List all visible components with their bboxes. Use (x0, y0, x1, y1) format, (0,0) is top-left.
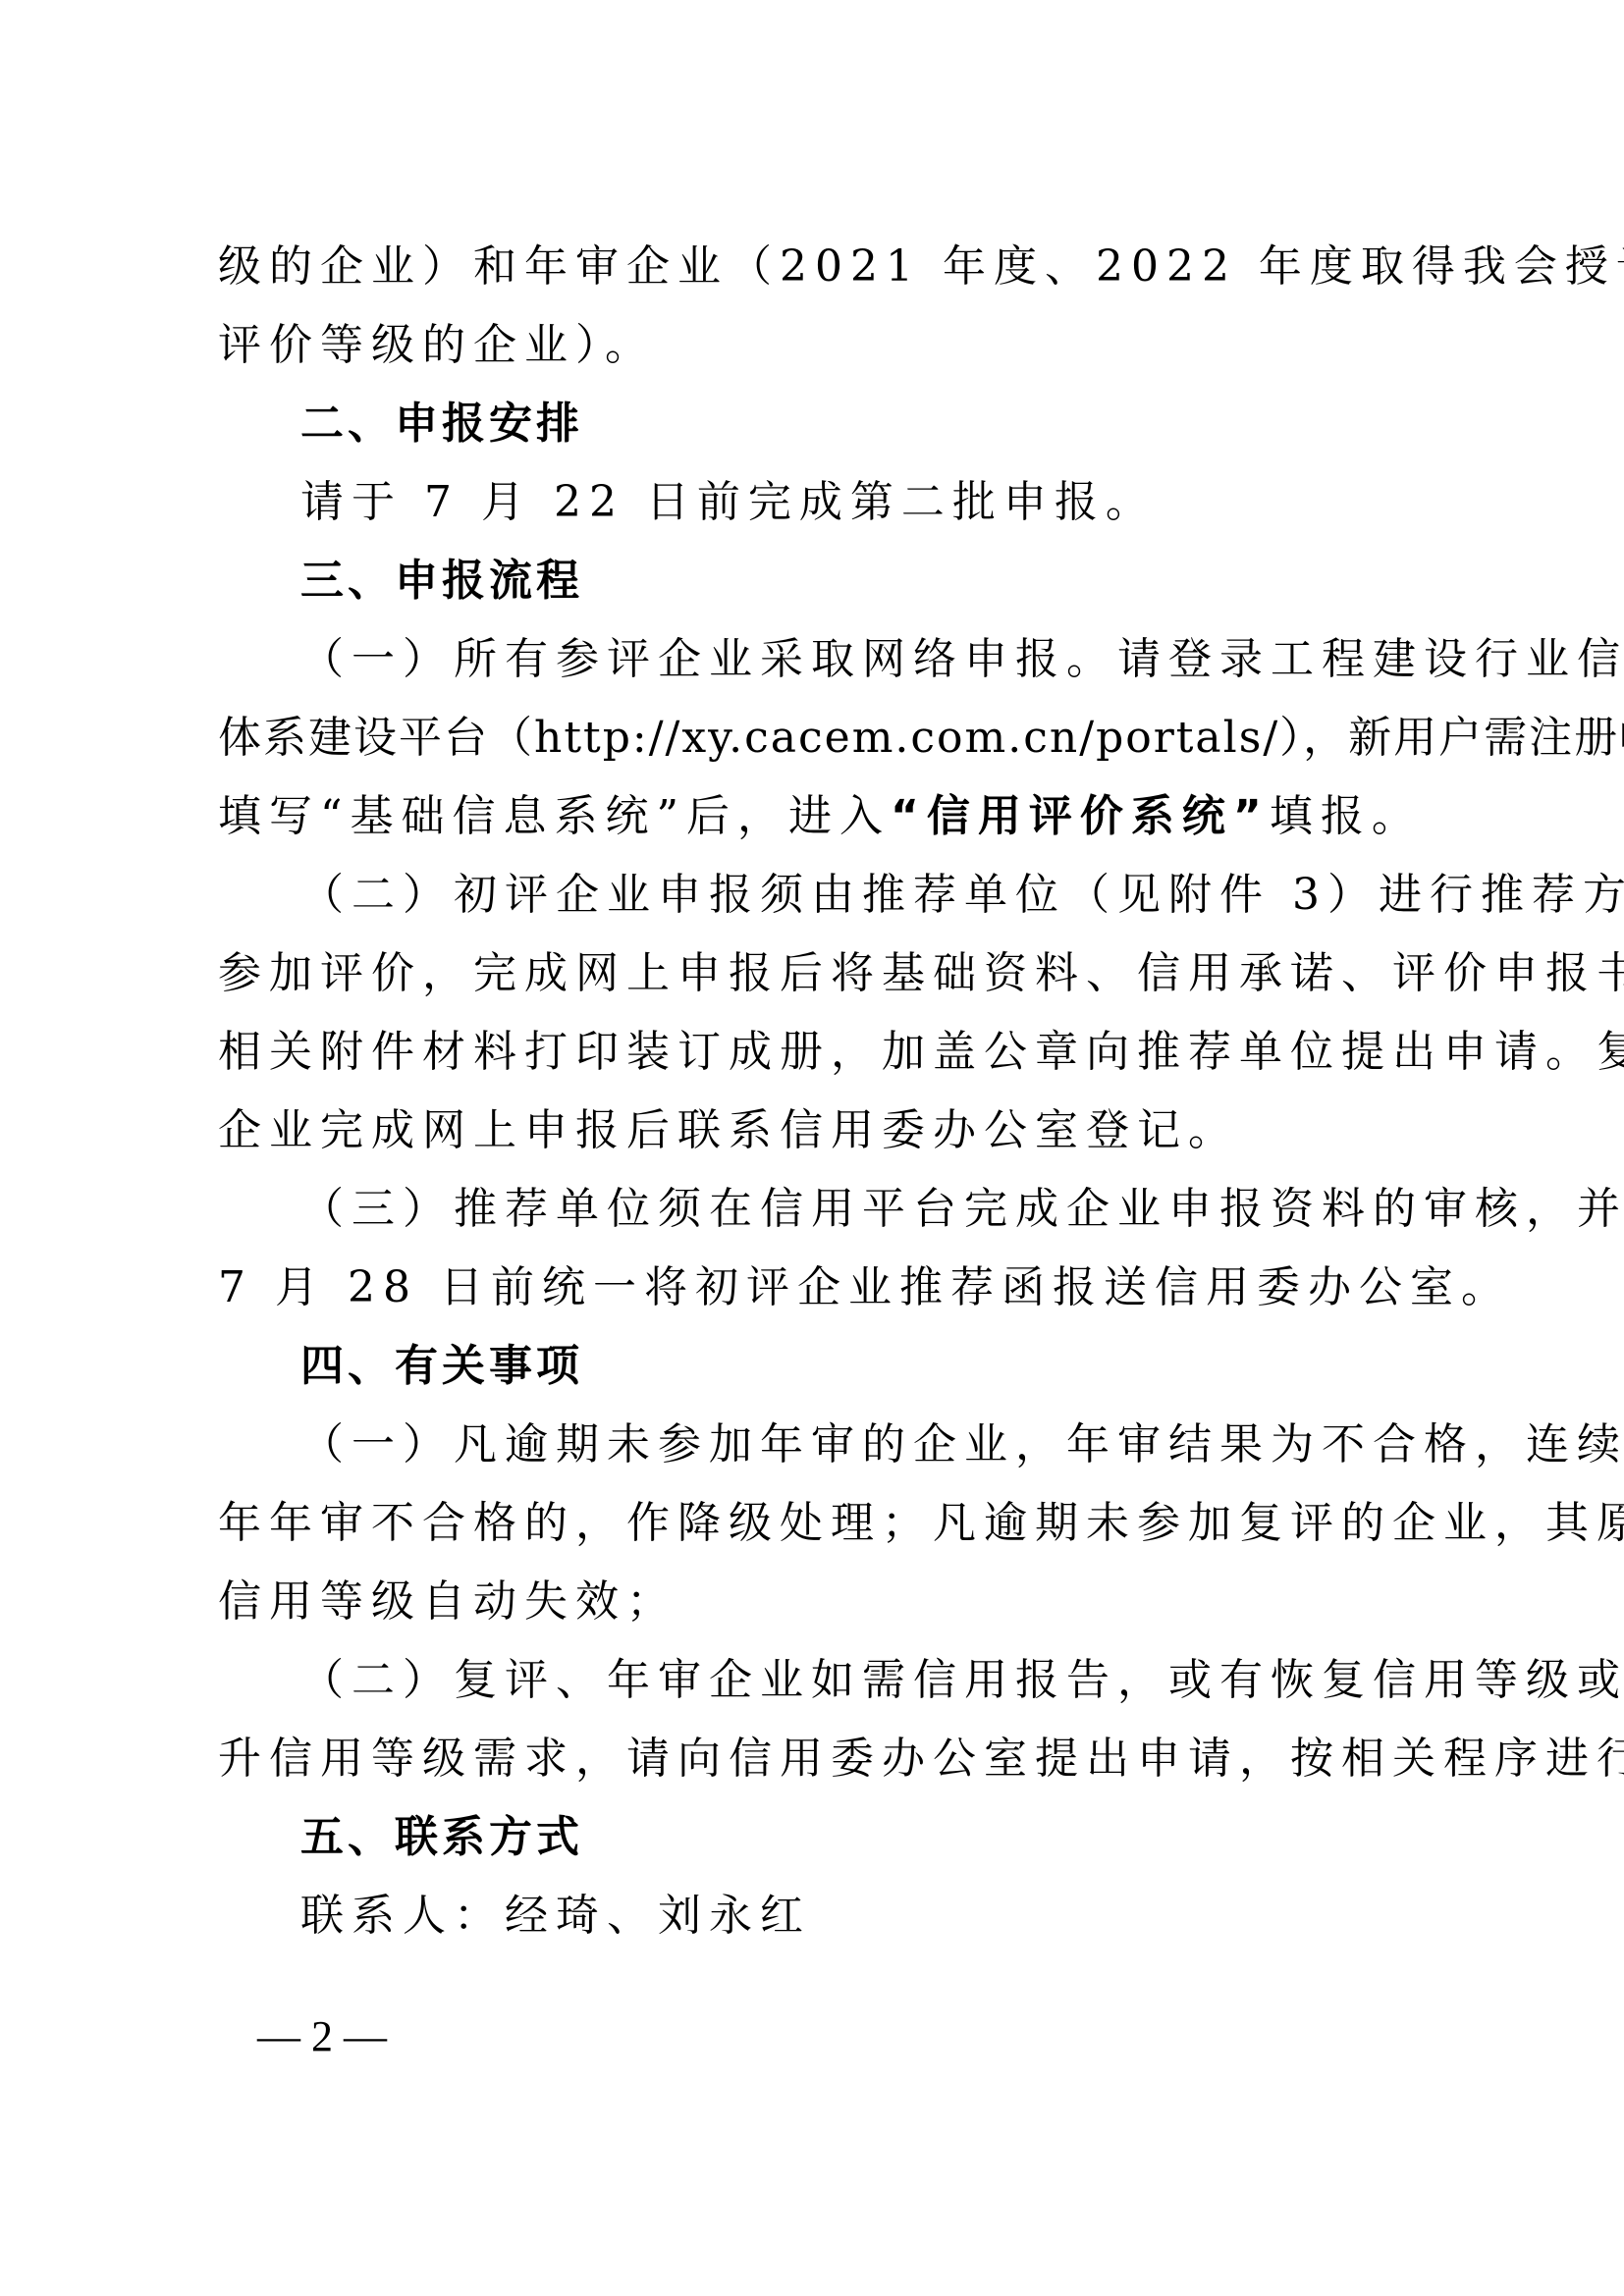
contact-persons: 联系人：经琦、刘永红 (300, 1877, 1406, 1955)
paragraph-line: 参加评价，完成网上申报后将基础资料、信用承诺、评价申报书和 (218, 934, 1406, 1013)
paragraph-line: 评价等级的企业）。 (218, 306, 1406, 385)
text-segment: 填报。 (1270, 791, 1423, 841)
paragraph-line: 年年审不合格的，作降级处理；凡逾期未参加复评的企业，其原有 (218, 1484, 1406, 1563)
paragraph-line: 7 月 28 日前统一将初评企业推荐函报送信用委办公室。 (218, 1249, 1406, 1327)
section-heading-schedule: 二、申报安排 (300, 385, 1406, 463)
section-heading-matters: 四、有关事项 (300, 1327, 1406, 1406)
paragraph-line: （一）凡逾期未参加年审的企业，年审结果为不合格，连续两 (300, 1406, 1406, 1484)
paragraph-line: 请于 7 月 22 日前完成第二批申报。 (300, 463, 1406, 542)
paragraph-line: 相关附件材料打印装订成册，加盖公章向推荐单位提出申请。复评 (218, 1013, 1406, 1092)
paragraph-line: （二）复评、年审企业如需信用报告，或有恢复信用等级或晋 (300, 1641, 1406, 1720)
paragraph-line: （三）推荐单位须在信用平台完成企业申报资料的审核，并于 (300, 1170, 1406, 1249)
paragraph-line-url: 体系建设平台（http://xy.cacem.com.cn/portals/），… (218, 699, 1406, 777)
section-heading-process: 三、申报流程 (300, 542, 1406, 620)
paragraph-line: 填写“基础信息系统”后，进入“信用评价系统”填报。 (218, 777, 1406, 856)
paragraph-line: 级的企业）和年审企业（2021 年度、2022 年度取得我会授予的信用 (218, 228, 1406, 306)
text-segment: 填写“基础信息系统”后，进入 (218, 791, 891, 841)
section-heading-contact: 五、联系方式 (300, 1798, 1406, 1877)
paragraph-line: 升信用等级需求，请向信用委办公室提出申请，按相关程序进行。 (218, 1720, 1406, 1798)
paragraph-line: 信用等级自动失效； (218, 1563, 1406, 1641)
page-number: — 2 — (257, 2002, 387, 2071)
paragraph-line: （二）初评企业申报须由推荐单位（见附件 3）进行推荐方可 (300, 856, 1406, 934)
paragraph-line: （一）所有参评企业采取网络申报。请登录工程建设行业信用 (300, 620, 1406, 699)
credit-evaluation-system-label: “信用评价系统” (891, 791, 1270, 841)
paragraph-line: 企业完成网上申报后联系信用委办公室登记。 (218, 1092, 1406, 1170)
